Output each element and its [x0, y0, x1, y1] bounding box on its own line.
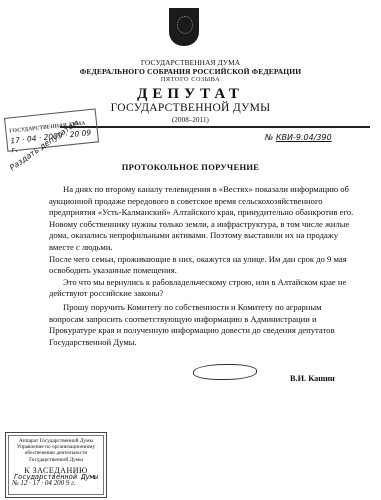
state-emblem-icon: [169, 8, 199, 46]
signatory-name: В.И. Кашин: [290, 374, 335, 383]
header-divider: [60, 126, 370, 128]
letterhead-line-1: ГОСУДАРСТВЕННАЯ ДУМА: [0, 58, 381, 67]
letterhead-line-3: ПЯТОГО СОЗЫВА: [0, 76, 381, 83]
paragraph: На днях по второму каналу телевидения в …: [49, 184, 354, 254]
registration-number: № КВИ-9.04/390: [265, 133, 332, 142]
stamp-line: Государственной Думы: [9, 457, 103, 463]
reg-prefix: №: [265, 133, 273, 142]
paragraph: Прошу поручить Комитету по собственности…: [49, 302, 354, 348]
letterhead-line-2: ФЕДЕРАЛЬНОГО СОБРАНИЯ РОССИЙСКОЙ ФЕДЕРАЦ…: [0, 67, 381, 76]
paragraph: Это что мы вернулись к рабовладельческом…: [49, 277, 354, 300]
stamp-number: № 12 · 17 · 04 200 9 г.: [9, 480, 103, 486]
reg-value: КВИ-9.04/390: [276, 133, 332, 142]
handwritten-signature: [193, 364, 257, 380]
document-title: ПРОТОКОЛЬНОЕ ПОРУЧЕНИЕ: [0, 162, 381, 172]
document-body: На днях по второму каналу телевидения в …: [49, 184, 354, 348]
paragraph: После чего семьи, проживающие в них, ока…: [49, 254, 354, 277]
letterhead-deputy: ДЕПУТАТ: [0, 86, 381, 103]
session-stamp: Аппарат Государственной Думы Управление …: [5, 432, 107, 498]
